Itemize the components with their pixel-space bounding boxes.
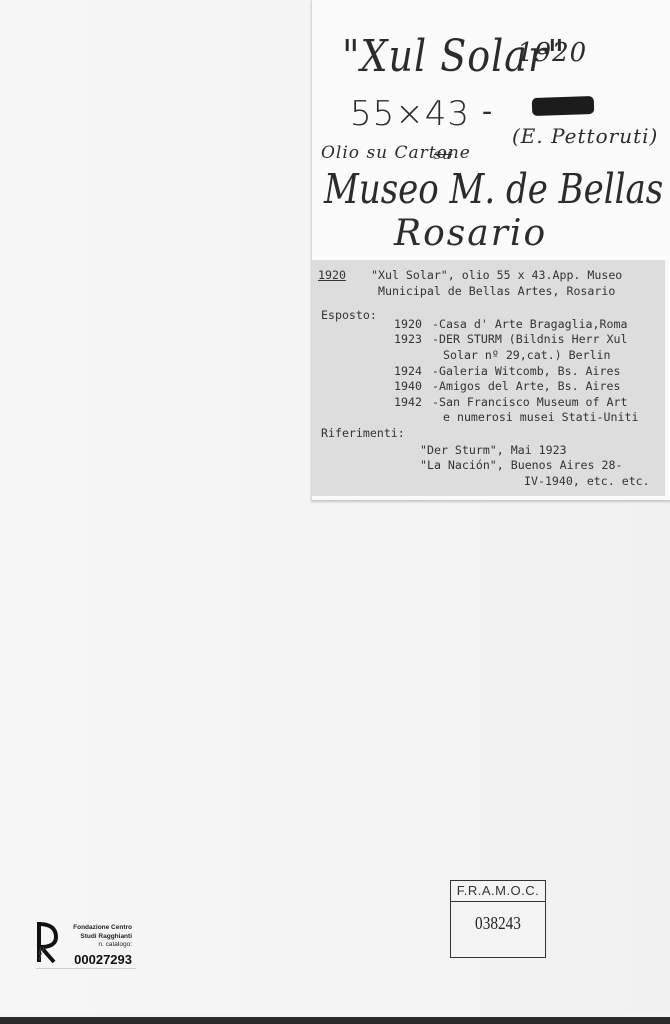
reference-item: "Der Sturm", Mai 1923 — [420, 443, 567, 459]
exhibition-text: -DER STURM (Bildnis Herr Xul — [432, 332, 627, 348]
exhibition-year: 1923 — [394, 332, 422, 348]
catalog-label: n. catalogo: — [64, 941, 132, 950]
handwritten-year: 1920 — [517, 38, 587, 68]
catalog-card: "Xul Solar" 1920 55×43 - (E. Pettoruti) … — [311, 0, 670, 500]
reference-item: IV-1940, etc. etc. — [524, 474, 650, 490]
exhibition-year: 1940 — [394, 379, 422, 395]
foundation-label: Fondazione Centro Studi Ragghianti n. ca… — [36, 918, 136, 970]
entry-line-1: "Xul Solar", olio 55 x 43.App. Museo — [371, 268, 622, 284]
framoc-stamp: F.R.A.M.O.C. 038243 — [450, 880, 546, 958]
references-label: Riferimenti: — [321, 426, 405, 442]
exhibition-year: 1924 — [394, 364, 422, 380]
stamp-number: 038243 — [458, 913, 538, 934]
exhibition-text: -Galeria Witcomb, Bs. Aires — [432, 364, 620, 380]
stamp-header: F.R.A.M.O.C. — [451, 881, 545, 902]
foundation-name-line-2: Studi Ragghianti — [64, 933, 132, 942]
handwritten-owner: (E. Pettoruti) — [512, 124, 658, 148]
typed-label: 1920 "Xul Solar", olio 55 x 43.App. Muse… — [312, 260, 665, 496]
entry-year: 1920 — [318, 268, 346, 284]
handwritten-dimensions: 55×43 — [350, 94, 470, 134]
exhibition-year: 1942 — [394, 395, 422, 411]
exhibition-year: 1920 — [394, 317, 422, 333]
exhibition-text: -Amigos del Arte, Bs. Aires — [432, 379, 620, 395]
foundation-r-logo-icon — [36, 920, 58, 964]
handwritten-dash: - — [482, 94, 493, 129]
entry-line-2: Municipal de Bellas Artes, Rosario — [378, 284, 615, 300]
handwritten-museum: Museo M. de Bellas Artes — [324, 166, 670, 214]
scan-edge — [0, 1017, 670, 1024]
foundation-name-line-1: Fondazione Centro — [64, 924, 132, 933]
reference-item: "La Nación", Buenos Aires 28- — [420, 458, 622, 474]
redacted-mark — [532, 96, 595, 116]
handwritten-struck-text: su — [434, 147, 452, 163]
exhibition-text: e numerosi musei Stati-Uniti — [443, 410, 638, 426]
exhibition-text: -Casa d' Arte Bragaglia,Roma — [432, 317, 627, 333]
exhibited-label: Esposto: — [321, 308, 377, 324]
exhibition-text: -San Francisco Museum of Art — [432, 395, 627, 411]
exhibition-text: Solar nº 29,cat.) Berlin — [443, 348, 611, 364]
catalog-number: 00027293 — [64, 952, 132, 967]
handwritten-city: Rosario — [394, 213, 547, 254]
divider — [36, 968, 136, 969]
